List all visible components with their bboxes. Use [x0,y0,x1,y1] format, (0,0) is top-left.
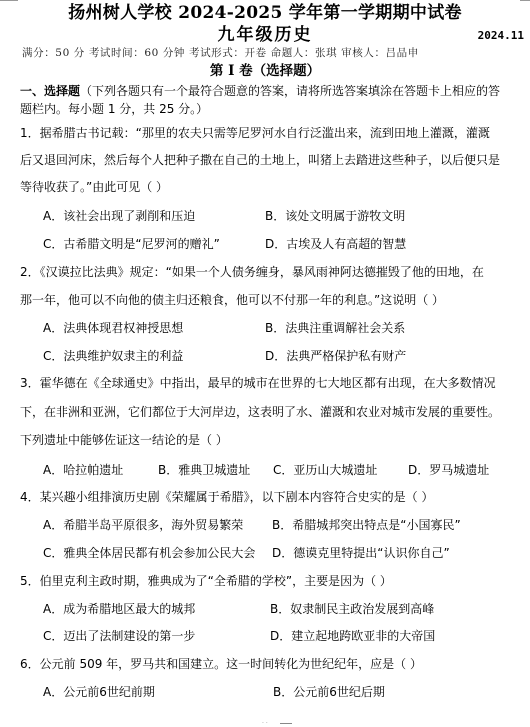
question-1-option-d: D．古埃及人有高超的智慧 [265,236,406,252]
question-2-option-a: A．法典体现君权神授思想 [43,320,183,336]
question-5-option-a: A．成为希腊地区最大的城邦 [43,601,195,617]
question-3-option-a: A．哈拉帕遗址 [43,462,123,478]
exam-subject: 九年级历史 [0,24,530,46]
footer-dash [280,723,292,724]
question-2-line-2: 那一年，他可以不向他的债主归还粮食，他可以不付那一年的利息。”这说明（ ） [20,292,444,308]
section-instruction-line2: 题栏内。每小题 1 分，共 25 分。） [20,101,208,117]
question-2-option-d: D．法典严格保护私有财产 [265,348,406,364]
section-instruction: 一、选择题（下列各题只有一个最符合题意的答案，请将所选答案填涂在答题卡上相应的答 [20,83,500,99]
question-4-line-1: 4．某兴趣小组排演历史剧《荣耀属于希腊》，以下剧本内容符合史实的是（ ） [20,489,433,505]
exam-date: 2024.11 [478,29,524,43]
question-1-line-2: 后又退回河床，然后每个人把种子撒在自己的土地上，叫猪上去踏进这些种子，以后便只是 [20,152,500,168]
question-4-option-c: C．雅典全体居民都有机会参加公民大会 [43,545,255,561]
question-3-line-3: 下列遗址中能够佐证这一结论的是（ ） [20,432,228,448]
crop-mark-right [520,0,530,1]
crop-mark-left [0,0,18,1]
question-4-option-a: A．希腊半岛平原很多，海外贸易繁荣 [43,517,243,533]
question-6-option-b: B．公元前6世纪后期 [273,684,385,700]
question-1-option-b: B．该处文明属于游牧文明 [265,208,405,224]
question-3-option-b: B．雅典卫城遗址 [158,462,250,478]
question-3-line-2: 下，在非洲和亚洲，它们都位于大河岸边，这表明了水、灌溉和农业对城市发展的重要性。 [20,404,500,420]
question-5-option-c: C．迈出了法制建设的第一步 [43,628,195,644]
exam-title: 扬州树人学校 2024-2025 学年第一学期期中试卷 [0,2,530,24]
question-4-option-d: D．德谟克里特提出“认识你自己” [272,545,450,561]
question-3-option-c: C．亚历山大城遗址 [273,462,377,478]
question-1-option-c: C．古希腊文明是“尼罗河的赠礼” [43,236,220,252]
section-label: 一、选择题 [20,84,80,98]
question-5-line-1: 5．伯里克利主政时期，雅典成为了“全希腊的学校”，主要是因为（ ） [20,573,392,589]
question-5-option-d: D．建立起地跨欧亚非的大帝国 [270,628,435,644]
question-6-option-a: A．公元前6世纪前期 [43,684,155,700]
exam-meta: 满分：50 分 考试时间：60 分钟 考试形式：开卷 命题人：张琪 审核人：吕品… [22,46,522,60]
question-4-option-b: B．希腊城邦突出特点是“小国寡民” [272,517,461,533]
question-5-option-b: B．奴隶制民主政治发展到高峰 [270,601,434,617]
question-1-line-1: 1．据希腊古书记载：“那里的农夫只需等尼罗河水自行泛滥出来，流到田地上灌溉，灌溉 [20,125,490,141]
question-2-line-1: 2．《汉谟拉比法典》规定：“如果一个人债务缠身，暴风雨神阿达德摧毁了他的田地，在 [20,264,484,280]
footer-dots: · · [262,721,268,727]
section-instruction-line1: （下列各题只有一个最符合题意的答案，请将所选答案填涂在答题卡上相应的答 [80,84,500,98]
question-2-option-c: C．法典维护奴隶主的利益 [43,348,183,364]
question-2-option-b: B．法典注重调解社会关系 [265,320,405,336]
question-1-option-a: A．该社会出现了剥削和压迫 [43,208,195,224]
page-footer: · · [250,718,310,727]
part-heading: 第 I 卷（选择题） [0,62,530,80]
question-3-option-d: D．罗马城遗址 [408,462,489,478]
question-3-line-1: 3．霍华德在《全球通史》中指出，最早的城市在世界的七大地区都有出现，在大多数情况 [20,375,496,391]
question-6-line-1: 6．公元前 509 年，罗马共和国建立。这一时间转化为世纪纪年，应是（ ） [20,656,422,672]
question-1-line-3: 等待收获了。”由此可见（ ） [20,179,168,195]
